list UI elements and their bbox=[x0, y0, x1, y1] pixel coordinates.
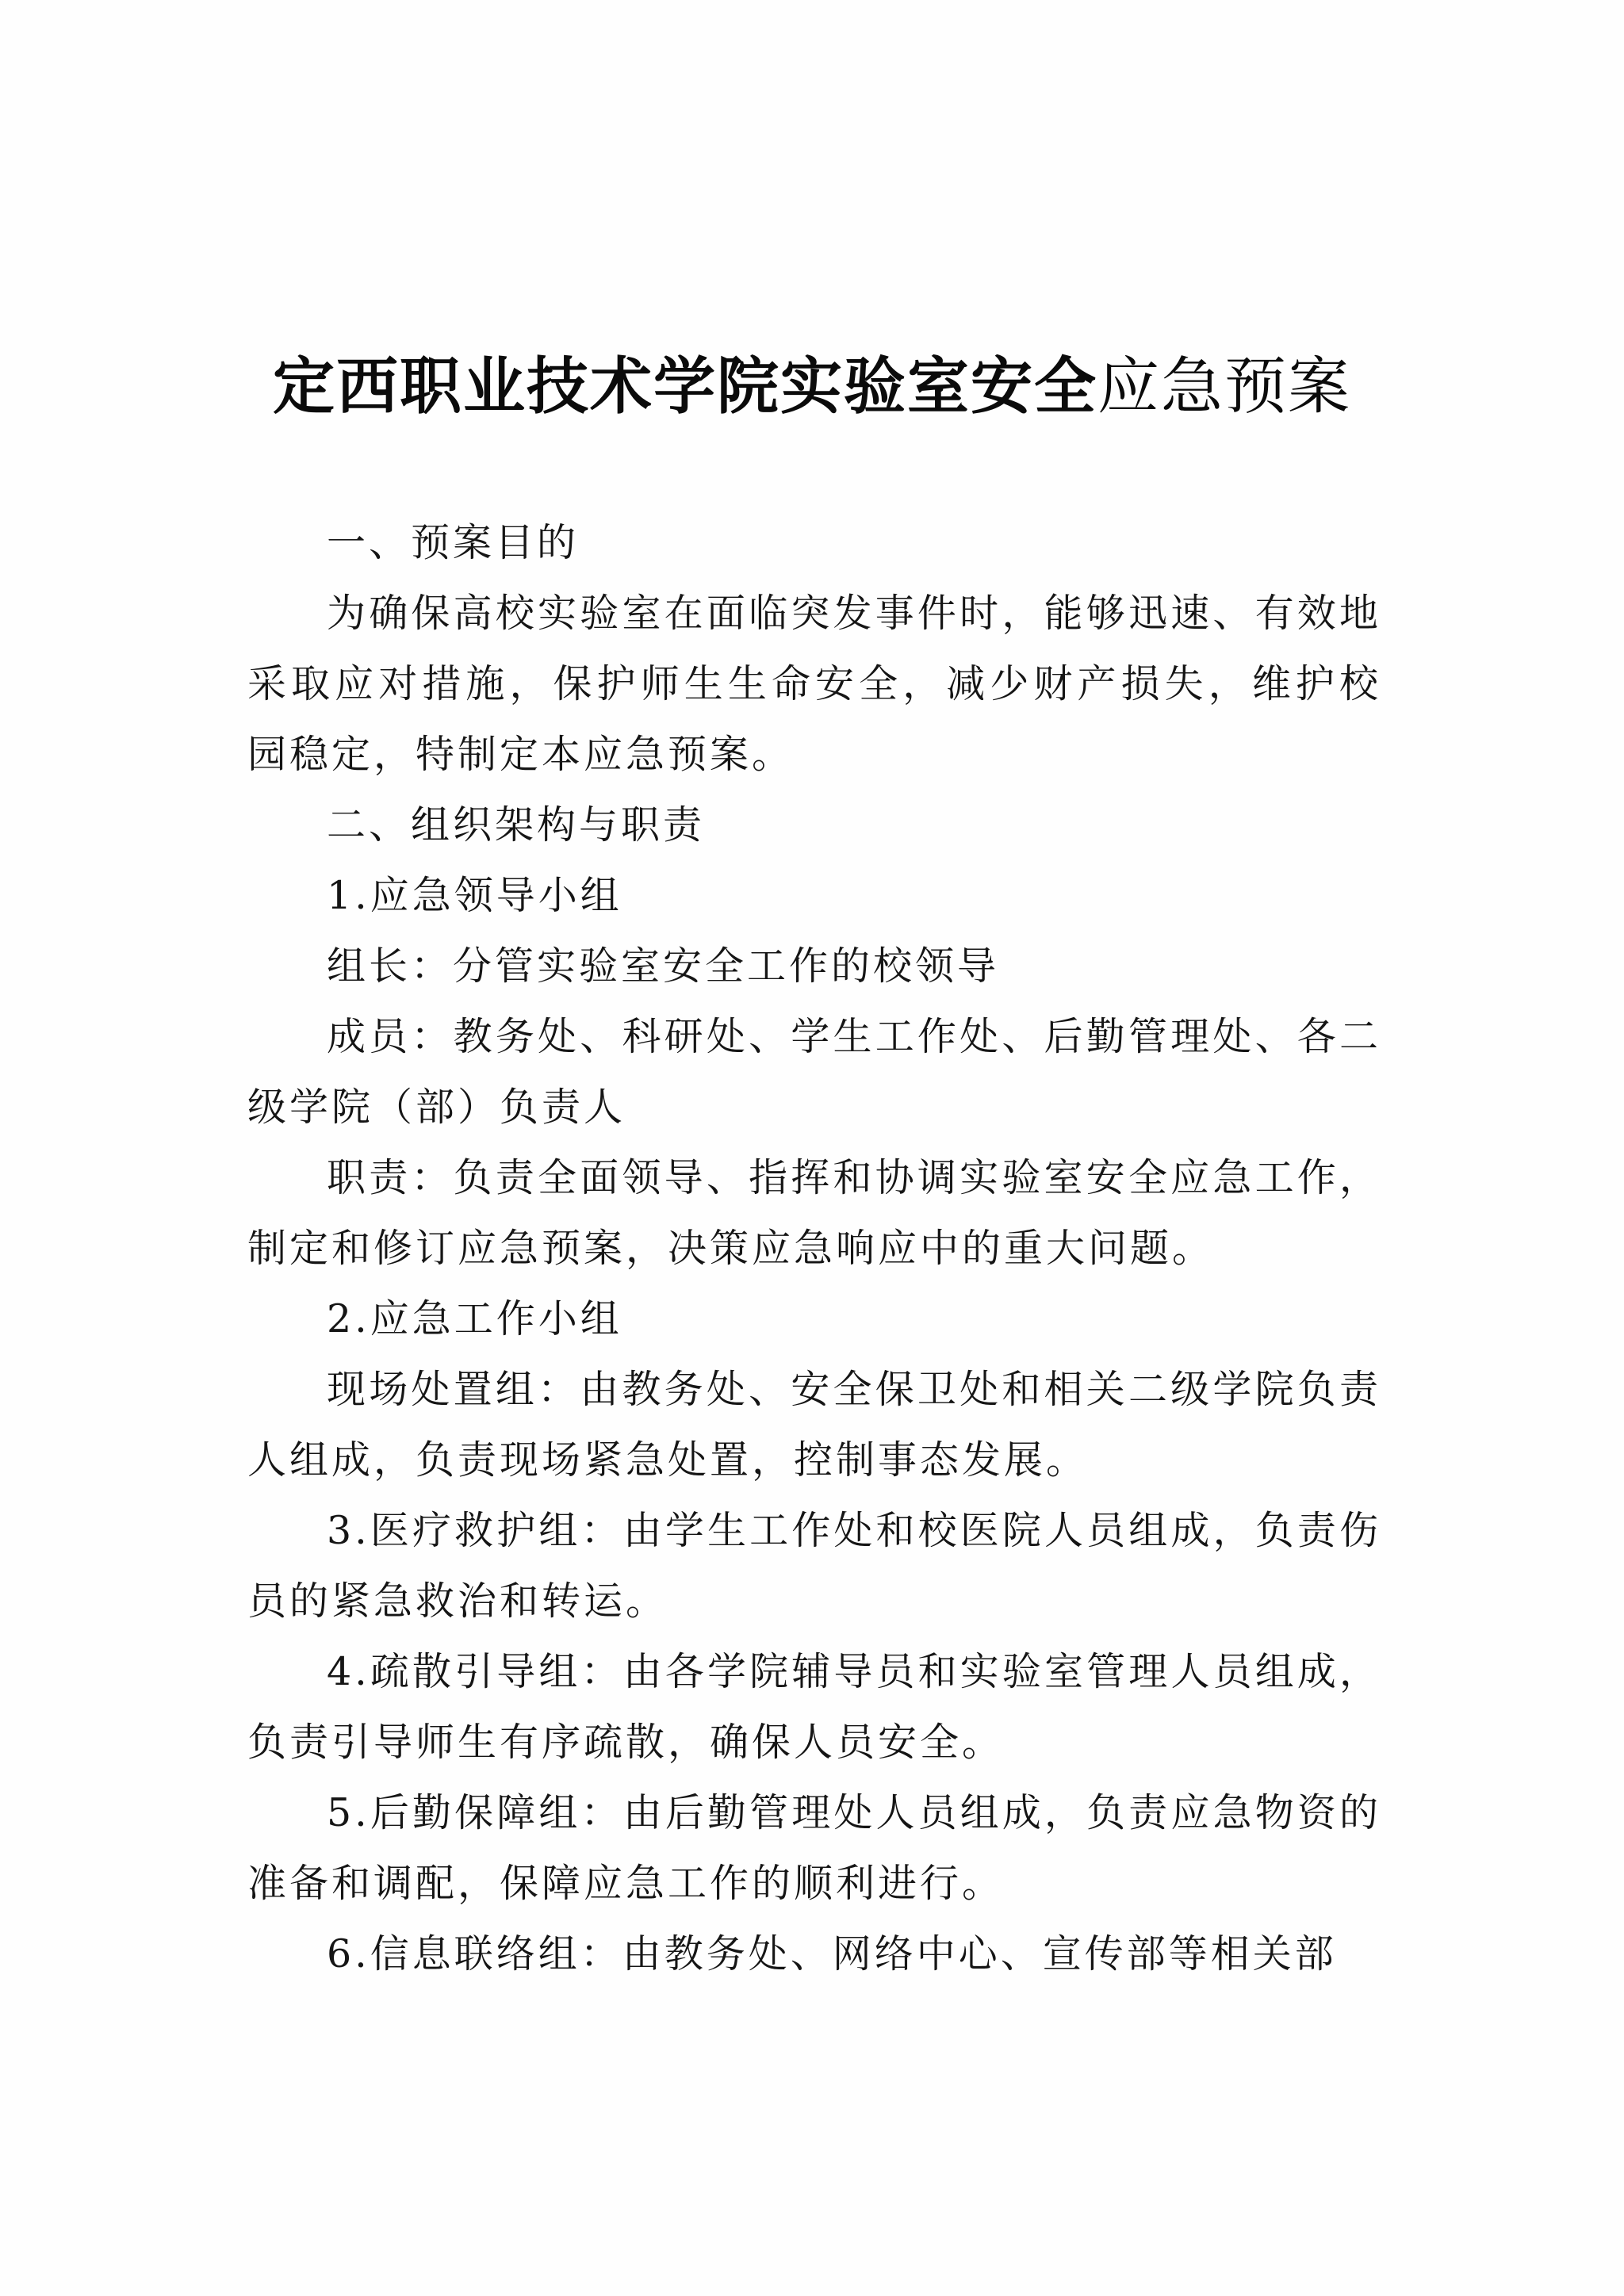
paragraph-group-leader: 组长：分管实验室安全工作的校领导 bbox=[247, 931, 1381, 1001]
document-page: 定西职业技术学院实验室安全应急预案 一、预案目的 为确保高校实验室在面临突发事件… bbox=[0, 0, 1624, 2296]
paragraph-leadership-group: 1.应急领导小组 bbox=[247, 860, 1381, 931]
paragraph-work-group: 2.应急工作小组 bbox=[247, 1284, 1381, 1354]
paragraph-onsite-team: 现场处置组：由教务处、安全保卫处和相关二级学院负责人组成，负责现场紧急处置，控制… bbox=[247, 1354, 1381, 1495]
document-title: 定西职业技术学院实验室安全应急预案 bbox=[0, 347, 1624, 427]
paragraph-purpose: 为确保高校实验室在面临突发事件时，能够迅速、有效地采取应对措施，保护师生生命安全… bbox=[247, 578, 1381, 790]
paragraph-duties: 职责：负责全面领导、指挥和协调实验室安全应急工作，制定和修订应急预案，决策应急响… bbox=[247, 1142, 1381, 1284]
document-body: 一、预案目的 为确保高校实验室在面临突发事件时，能够迅速、有效地采取应对措施，保… bbox=[247, 507, 1381, 1989]
paragraph-evacuation-team: 4.疏散引导组：由各学院辅导员和实验室管理人员组成，负责引导师生有序疏散，确保人… bbox=[247, 1636, 1381, 1777]
paragraph-info-team: 6.信息联络组：由教务处、网络中心、宣传部等相关部 bbox=[247, 1919, 1381, 1989]
section-heading-organization: 二、组织架构与职责 bbox=[247, 790, 1381, 860]
title-bold-part: 定西职业技术学院实验室安全 bbox=[273, 350, 1097, 423]
paragraph-members: 成员：教务处、科研处、学生工作处、后勤管理处、各二级学院（部）负责人 bbox=[247, 1001, 1381, 1142]
section-heading-purpose: 一、预案目的 bbox=[247, 507, 1381, 578]
paragraph-medical-team: 3.医疗救护组：由学生工作处和校医院人员组成，负责伤员的紧急救治和转运。 bbox=[247, 1495, 1381, 1636]
title-light-part: 应急预案 bbox=[1097, 351, 1351, 423]
paragraph-logistics-team: 5.后勤保障组：由后勤管理处人员组成，负责应急物资的准备和调配，保障应急工作的顺… bbox=[247, 1777, 1381, 1919]
